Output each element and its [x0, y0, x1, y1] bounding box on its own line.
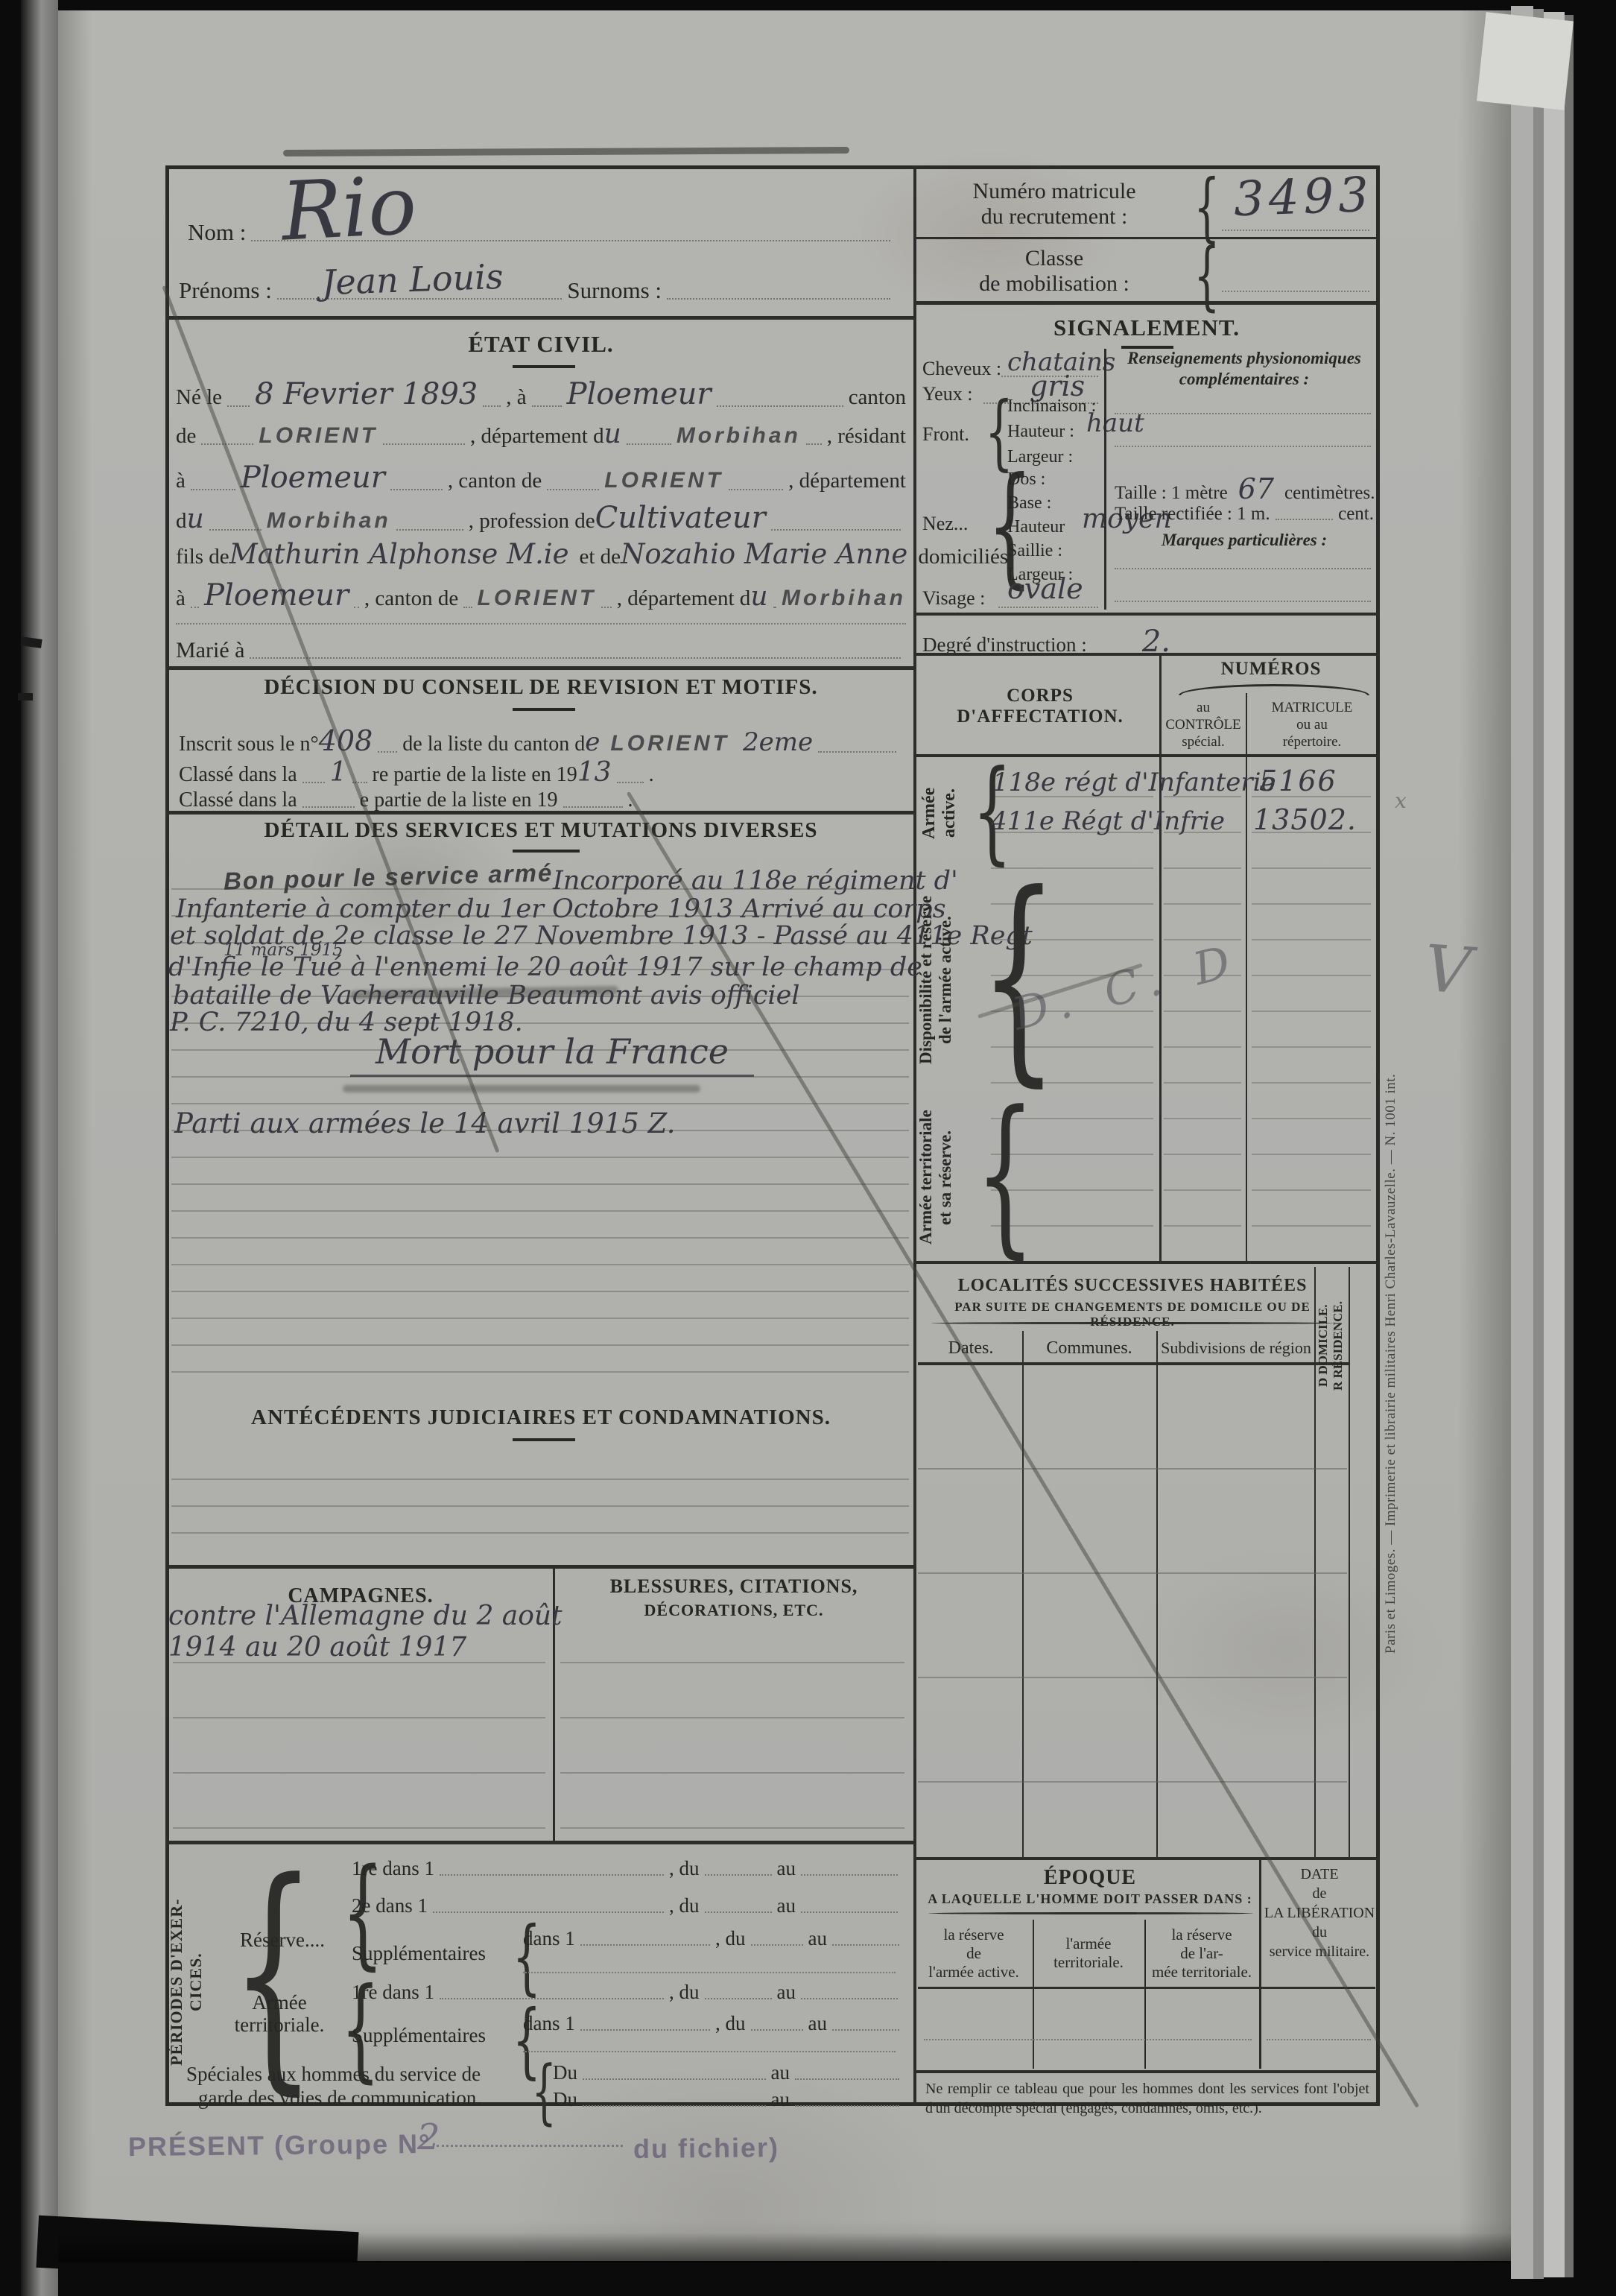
disponibilite-label: Disponibilité et réserve de l'armée acti… — [916, 872, 960, 1088]
dotted-line — [1222, 291, 1369, 292]
epoque-header-rule — [928, 1912, 1253, 1914]
dotted-line — [998, 607, 1098, 608]
x-pencil-mark: x — [1395, 788, 1407, 813]
brace-decoration: { — [230, 1850, 316, 2096]
top-right-page-corner — [1477, 12, 1574, 110]
brace-decoration: { — [975, 1090, 1035, 1261]
etat-civil-line-4: d u Morbihan , profession de Cultivateur — [176, 501, 906, 535]
corps-row2-value: 411e Régt d'Infrie — [991, 806, 1225, 836]
right-stack-edge-3 — [1544, 12, 1565, 2277]
marques-label: Marques particulières : — [1116, 531, 1372, 550]
title-underline — [513, 708, 575, 711]
dotted-line — [1115, 413, 1371, 414]
dotted-line — [1115, 568, 1371, 569]
localites-header-rule — [931, 1322, 1334, 1324]
numero-matricule-label: Numéro matricule du recrutement : — [931, 179, 1177, 230]
decision-line-2: Classé dans la 1 re partie de la liste e… — [179, 757, 745, 788]
dotted-line — [523, 2051, 896, 2052]
prenoms-value: Jean Louis — [321, 256, 504, 303]
reserve-supplementaires-label: Supplémentaires — [352, 1942, 486, 1965]
taille-rectifiee-row: Taille rectifiée : 1 m. cent. — [1115, 504, 1374, 525]
matricule-column-header: MATRICULE ou au répertoire. — [1250, 699, 1374, 750]
services-hw-line-4: d'Infie le Tué à l'ennemi le 20 août 191… — [168, 952, 922, 982]
numeros-title: NUMÉROS — [1170, 659, 1372, 680]
section-divider — [913, 1261, 1380, 1264]
right-stack-edge-2 — [1533, 9, 1544, 2279]
localites-right-edge — [1349, 1267, 1350, 1857]
margin-mark-2 — [18, 693, 33, 700]
services-hw-line-2: Infanterie à compter du 1er Octobre 1913… — [176, 894, 946, 924]
nez-hauteur-label: Hauteur — [1007, 517, 1065, 537]
decision-line-1: Inscrit sous le n° 408 de la liste du ca… — [179, 724, 902, 757]
epoque-header-underline — [918, 1987, 1375, 1989]
prenoms-label: Prénoms : — [179, 277, 272, 304]
front-label: Front. — [922, 423, 969, 446]
title-underline — [513, 1438, 575, 1441]
taille-row: Taille : 1 mètre 67 centimètres. — [1115, 472, 1374, 505]
localites-subtitle: PAR SUITE DE CHANGEMENTS DE DOMICILE OU … — [924, 1300, 1341, 1329]
ruled-area — [560, 1608, 904, 1829]
prenoms-row: Prénoms : Surnoms : — [179, 277, 896, 304]
renseignements-label-line1: Renseignements physionomiques — [1116, 349, 1372, 368]
dotted-leader — [667, 298, 890, 300]
parti-aux-armees: Parti aux armées le 14 avril 1915 Z. — [174, 1107, 676, 1139]
dotted-line — [1222, 230, 1369, 231]
reserve-row-2: 2e dans 1 , du au — [352, 1894, 903, 1917]
nez-saillie-label: Saillie : — [1007, 541, 1062, 561]
etat-civil-title: ÉTAT CIVIL. — [168, 331, 913, 358]
nom-value: Rio — [279, 159, 419, 259]
numero-matricule-value: 3493 — [1233, 168, 1374, 227]
ruled-area — [171, 1453, 909, 1550]
etat-civil-line-3: à Ploemeur , canton de LORIENT , départe… — [176, 461, 906, 495]
epoque-col1-header: la réserve de l'armée active. — [918, 1926, 1030, 1982]
dotted-leader — [250, 657, 901, 659]
section-divider — [165, 316, 913, 320]
section-divider — [165, 811, 913, 815]
right-stack-edge-1 — [1511, 6, 1533, 2279]
title-underline — [513, 850, 580, 853]
bottom-edge-shadow — [58, 2233, 1511, 2262]
reserve-label: Réserve.... — [240, 1929, 325, 1952]
scanned-military-register-page: Nom : Rio Prénoms : Surnoms : Jean Louis… — [0, 0, 1616, 2296]
header-box-divider — [913, 237, 1380, 239]
front-inclinaison-label: Inclinaison : — [1007, 396, 1096, 417]
epoque-col-divider-2 — [1144, 1920, 1146, 2069]
signalement-title: SIGNALEMENT. — [913, 314, 1380, 341]
dotted-line — [523, 1972, 896, 1973]
matricule-row2-value: 13502. — [1253, 803, 1357, 836]
epoque-date-divider — [1259, 1860, 1261, 2069]
present-stamp-text: PRÉSENT (Groupe N° — [128, 2128, 431, 2163]
section-divider — [913, 301, 1380, 305]
nom-label: Nom : — [188, 219, 246, 246]
graphite-smudge — [343, 1085, 700, 1092]
right-stack-edge-4 — [1565, 15, 1574, 2277]
reserve-row-1: 1re dans 1 , du au — [352, 1857, 903, 1880]
speciales-label-line2: garde des voies de communication. — [198, 2087, 481, 2110]
yeux-label: Yeux : — [922, 383, 972, 405]
section-divider — [913, 1857, 1380, 1860]
signalement-inner-divider — [1104, 349, 1106, 610]
section-divider — [165, 666, 913, 670]
armee-territoriale-label: Armée territoriale. — [224, 1991, 335, 2036]
epoque-col-divider-1 — [1033, 1920, 1034, 2069]
dates-column-header: Dates. — [921, 1338, 1021, 1359]
localites-title: LOCALITÉS SUCCESSIVES HABITÉES — [924, 1276, 1341, 1296]
blessures-title-line1: BLESSURES, CITATIONS, — [560, 1575, 907, 1598]
epoque-col3-header: la réserve de l'ar- mée territoriale. — [1147, 1926, 1256, 1982]
speciales-row-1: Du au — [553, 2061, 904, 2084]
territoriale-supplementaires-label: Supplémentaires — [352, 2024, 486, 2047]
ruled-area — [918, 1365, 1347, 1850]
reserve-supp-row: dans 1 , du au — [523, 1927, 904, 1950]
present-stamp-text-2: du fichier) — [633, 2132, 779, 2165]
epoque-title: ÉPOQUE — [924, 1866, 1256, 1890]
armee-active-label: Armée active. — [919, 765, 958, 861]
brace-decoration: { — [980, 864, 1058, 1088]
visage-value: ovale — [1007, 572, 1083, 605]
campagnes-hw-line1: contre l'Allemagne du 2 août — [168, 1601, 563, 1631]
epoque-subtitle: A LAQUELLE L'HOMME DOIT PASSER DANS : — [924, 1891, 1256, 1907]
section-divider — [913, 613, 1380, 616]
periodes-side-label: PÉRIODES D'EXER- CICES. — [167, 1878, 204, 2087]
dotted-line — [1115, 446, 1371, 447]
epoque-bottom-rule — [913, 2070, 1380, 2073]
surnoms-label: Surnoms : — [567, 277, 662, 304]
present-stamp-dotted-line — [437, 2145, 623, 2147]
mort-pour-la-france: Mort pour la France — [350, 1031, 754, 1077]
title-underline — [513, 365, 575, 368]
etat-civil-line-1: Né le 8 Fevrier 1893 , à Ploemeur canton — [176, 377, 906, 411]
subdivisions-column-header: Subdivisions de région — [1159, 1338, 1313, 1358]
nez-dos-label: Dos : — [1007, 469, 1045, 490]
present-stamp-group-value: 2 — [417, 2116, 442, 2158]
dotted-line — [176, 623, 906, 624]
territoriale-supp-row: dans 1 , du au — [523, 2012, 904, 2035]
corps-affectation-title: CORPS D'AFFECTATION. — [921, 686, 1159, 727]
front-hauteur-label: Hauteur : — [1007, 422, 1074, 442]
antecedents-title: ANTÉCÉDENTS JUDICIAIRES ET CONDAMNATIONS… — [168, 1405, 913, 1430]
renseignements-label-line2: complémentaires : — [1116, 370, 1372, 389]
speciales-row-2: Du au — [553, 2088, 904, 2111]
corps-row1-value: 118e régt d'Infanterie — [992, 768, 1276, 797]
campagnes-hw-line2: 1914 au 20 août 1917 — [168, 1632, 466, 1663]
section-divider — [165, 1565, 913, 1569]
services-title: DÉTAIL DES SERVICES ET MUTATIONS DIVERSE… — [168, 818, 913, 843]
classe-mobilisation-label: Classe de mobilisation : — [931, 246, 1177, 297]
dotted-line — [1267, 2039, 1371, 2040]
left-page-edge — [21, 0, 58, 2296]
dotted-line — [924, 2039, 1252, 2040]
decision-line-3: Classé dans la e partie de la liste en 1… — [179, 788, 745, 812]
section-divider — [913, 653, 1380, 656]
printer-imprint-line: Paris et Limoges. — Imprimerie et librai… — [1383, 864, 1404, 1863]
epoque-note: Ne remplir ce tableau que pour les homme… — [925, 2079, 1369, 2118]
armee-territoriale-reserve-label: Armée territoriale et sa réserve. — [916, 1095, 960, 1259]
matricule-row1-value: 5166 — [1259, 765, 1337, 797]
v-pencil-mark: V — [1422, 932, 1474, 1009]
epoque-col2-header: l'armée territoriale. — [1036, 1935, 1141, 1972]
visage-label: Visage : — [922, 587, 985, 610]
marie-row: Marié à — [176, 638, 906, 663]
controle-column-header: au CONTRÔLE spécial. — [1162, 699, 1244, 750]
communes-column-header: Communes. — [1025, 1338, 1153, 1359]
etat-civil-line-5: fils de Mathurin Alphonse M.ie et de Noz… — [176, 538, 906, 570]
cheveux-label: Cheveux : — [922, 358, 1001, 380]
domicile-residence-labels: D DOMICILE. R RÉSIDENCE. — [1316, 1279, 1349, 1413]
decision-title: DÉCISION DU CONSEIL DE REVISION ET MOTIF… — [168, 675, 913, 700]
nez-base-label: Base : — [1007, 493, 1051, 513]
speciales-label-line1: Spéciales aux hommes du service de — [186, 2063, 481, 2086]
services-hw-line-1: Incorporé au 118e régiment d' — [553, 866, 958, 896]
nez-label: Nez... — [922, 513, 968, 535]
territoriale-row-1: 1re dans 1 , du au — [352, 1981, 903, 2004]
etat-civil-line-2: de LORIENT , département d u Morbihan , … — [176, 419, 906, 449]
dotted-line — [1115, 601, 1371, 602]
